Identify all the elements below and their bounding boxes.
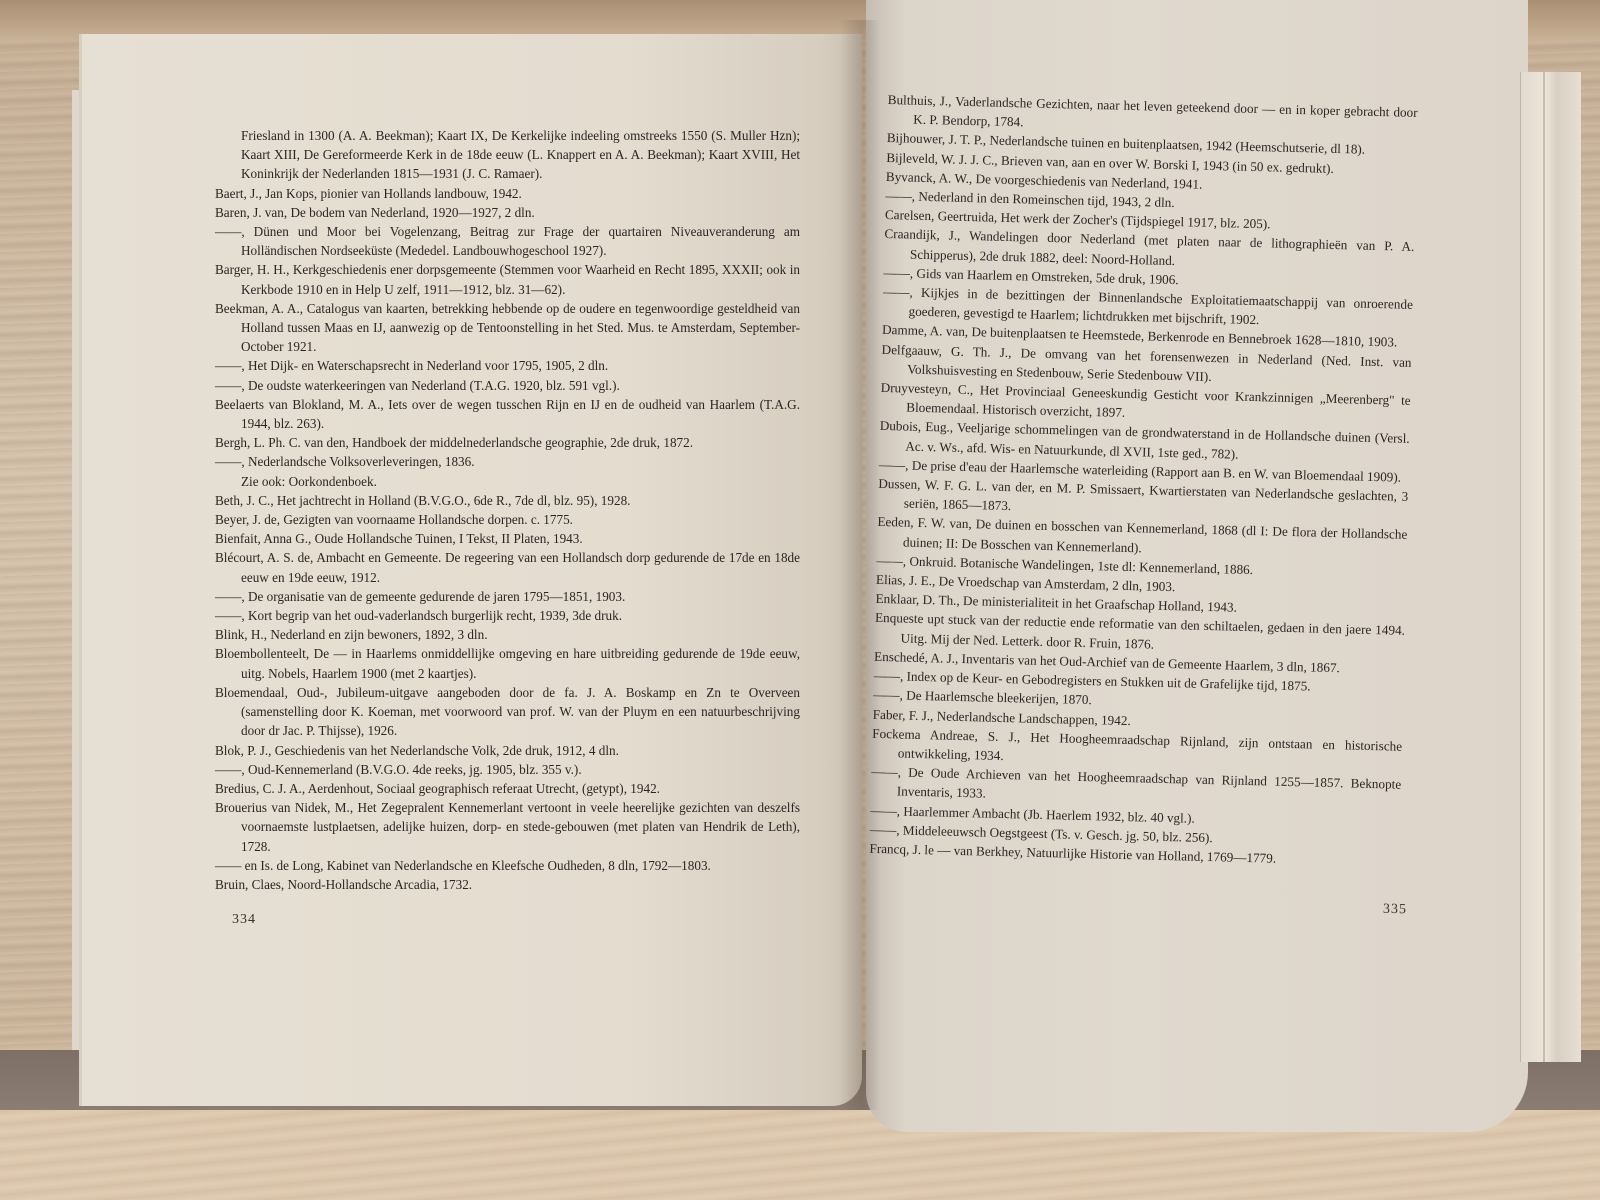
bibliography-entry: ——, De organisatie van de gemeente gedur… xyxy=(215,587,800,606)
bibliography-entry: Bredius, C. J. A., Aerdenhout, Sociaal g… xyxy=(215,779,800,798)
bibliography-entry: Baert, J., Jan Kops, pionier van Holland… xyxy=(215,184,800,203)
bibliography-entry: ——, De oudste waterkeeringen van Nederla… xyxy=(215,376,800,395)
bibliography-entry: Friesland in 1300 (A. A. Beekman); Kaart… xyxy=(215,126,800,184)
bibliography-entry: Blok, P. J., Geschiedenis van het Nederl… xyxy=(215,741,800,760)
bibliography-entry: Bloemendaal, Oud-, Jubileum-uitgave aang… xyxy=(215,683,800,741)
bibliography-entry: ——, Kort begrip van het oud-vaderlandsch… xyxy=(215,606,800,625)
bibliography-entry: ——, Nederlandsche Volksoverleveringen, 1… xyxy=(215,452,800,471)
bibliography-entry: Blécourt, A. S. de, Ambacht en Gemeente.… xyxy=(215,548,800,586)
bibliography-entry: Beyer, J. de, Gezigten van voornaame Hol… xyxy=(215,510,800,529)
bibliography-entry: Beelaerts van Blokland, M. A., Iets over… xyxy=(215,395,800,433)
left-page-bibliography: Friesland in 1300 (A. A. Beekman); Kaart… xyxy=(215,126,800,894)
right-page-bibliography: Bulthuis, J., Vaderlandsche Gezichten, n… xyxy=(869,90,1418,871)
bibliography-entry: ——, Oud-Kennemerland (B.V.G.O. 4de reeks… xyxy=(215,760,800,779)
bibliography-entry: ——, Het Dijk- en Waterschapsrecht in Ned… xyxy=(215,356,800,375)
bibliography-entry: Beekman, A. A., Catalogus van kaarten, b… xyxy=(215,299,800,357)
bibliography-entry: ——, Dünen und Moor bei Vogelenzang, Beit… xyxy=(215,222,800,260)
page-number-left: 334 xyxy=(232,912,256,928)
see-also-note: Zie ook: Oorkondenboek. xyxy=(215,472,800,491)
right-page-edge-stack xyxy=(1520,72,1581,1062)
page-number-right: 335 xyxy=(1383,902,1407,919)
bibliography-entry: Brouerius van Nidek, M., Het Zegepralent… xyxy=(215,798,800,856)
bibliography-entry: Blink, H., Nederland en zijn bewoners, 1… xyxy=(215,625,800,644)
bibliography-entry: Bienfait, Anna G., Oude Hollandsche Tuin… xyxy=(215,529,800,548)
bibliography-entry: Beth, J. C., Het jachtrecht in Holland (… xyxy=(215,491,800,510)
book-gutter xyxy=(840,20,880,1110)
bibliography-entry: Baren, J. van, De bodem van Nederland, 1… xyxy=(215,203,800,222)
bibliography-entry: Barger, H. H., Kerkgeschiedenis ener dor… xyxy=(215,260,800,298)
bibliography-entry: Bruin, Claes, Noord-Hollandsche Arcadia,… xyxy=(215,875,800,894)
bibliography-entry: Bergh, L. Ph. C. van den, Handboek der m… xyxy=(215,433,800,452)
bibliography-entry: Bloembollenteelt, De — in Haarlems onmid… xyxy=(215,644,800,682)
bibliography-entry: —— en Is. de Long, Kabinet van Nederland… xyxy=(215,856,800,875)
